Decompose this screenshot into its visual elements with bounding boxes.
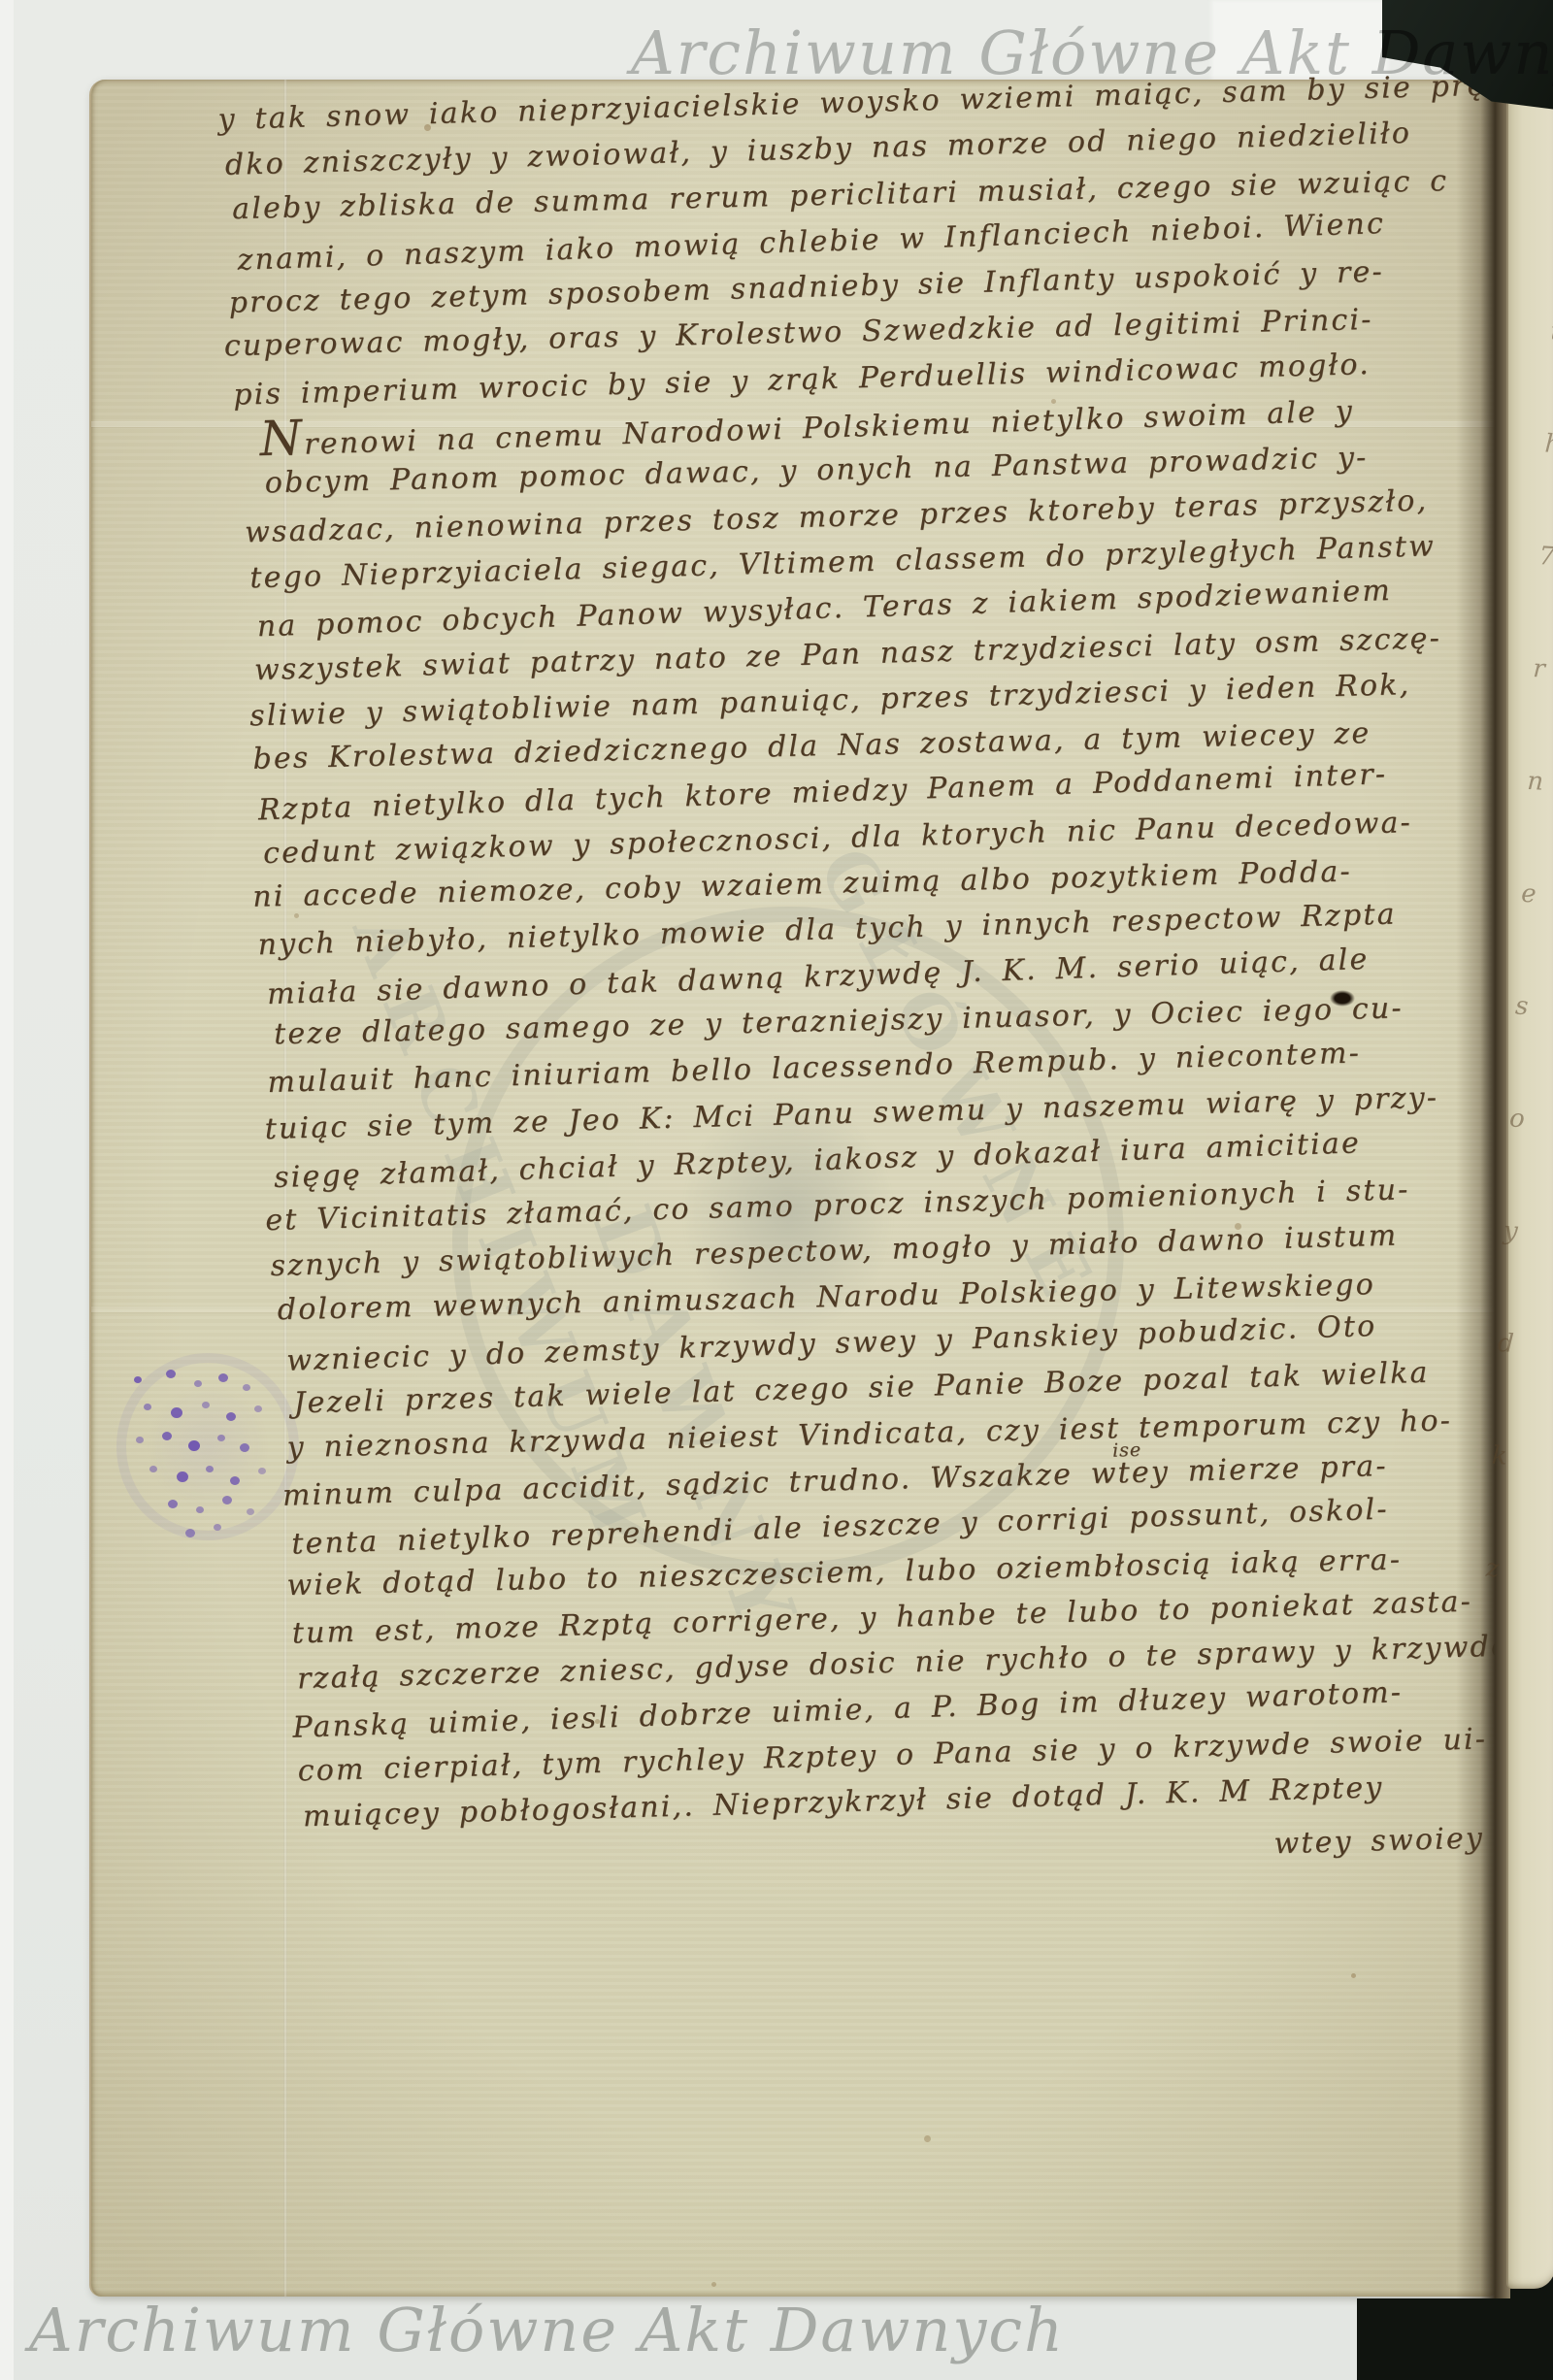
- handwritten-text-block: y tak snow iako nieprzyiacielskie woysko…: [217, 62, 1553, 1841]
- next-page-text-fragment: 7: [1534, 542, 1553, 655]
- scanner-black-corner-bottom: [1357, 2298, 1553, 2380]
- paper-speckles: [91, 80, 94, 83]
- next-page-text-fragment: r: [1528, 654, 1550, 768]
- scanner-background-band: [0, 0, 14, 2380]
- next-page-text-fragment: h: [1539, 429, 1553, 543]
- archive-scan-view: ARCHIWUM GŁÓWNE DAWNY y tak snow iako ni…: [0, 0, 1553, 2380]
- next-page-edge: th7rnesoydkz: [1506, 64, 1553, 2289]
- purple-stamp-ink-dots: [134, 1376, 142, 1383]
- next-page-text-fragment: t: [1545, 317, 1553, 431]
- archive-watermark-top: Archiwum Główne Akt Dawnych: [631, 17, 1553, 88]
- book-gutter-shadow: [1456, 76, 1510, 2304]
- next-page-text-fragment: s: [1510, 992, 1533, 1106]
- archive-watermark-bottom: Archiwum Główne Akt Dawnych: [29, 2295, 1065, 2365]
- next-page-text-fragment: n: [1522, 767, 1544, 880]
- manuscript-page: ARCHIWUM GŁÓWNE DAWNY y tak snow iako ni…: [89, 80, 1497, 2297]
- next-page-text-fragment: o: [1504, 1104, 1527, 1217]
- next-page-text-fragment: e: [1516, 879, 1538, 993]
